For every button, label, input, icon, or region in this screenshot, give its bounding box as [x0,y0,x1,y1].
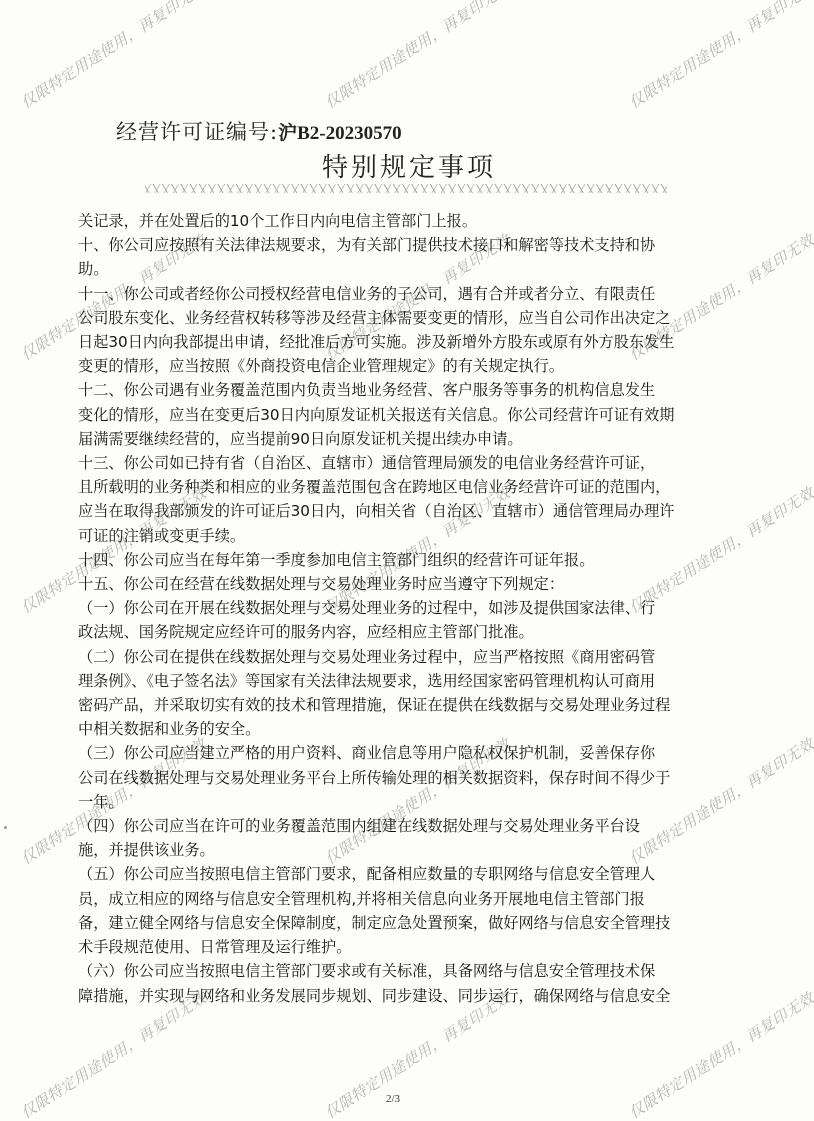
body-line: （六）你公司应当按照电信主管部门要求或有关标准，具备网络与信息安全管理技术保 [78,959,718,983]
body-line: 备，建立健全网络与信息安全保障制度，制定应急处置预案，做好网络与信息安全管理技 [78,911,718,935]
body-line: （二）你公司在提供在线数据处理与交易处理业务过程中，应当严格按照《商用密码管 [78,645,718,669]
page-number: 2/3 [386,1093,400,1105]
watermark-text: 仅限特定用途使用，再复印无效 [625,0,814,113]
body-line: 届满需要继续经营的，应当提前90日向原发证机关提出续办申请。 [78,427,718,451]
body-line: 应当在取得我部颁发的许可证后30日内，向相关省（自治区、直辖市）通信管理局办理许 [78,499,718,523]
decorative-divider [145,184,667,193]
document-page: 仅限特定用途使用，再复印无效仅限特定用途使用，再复印无效仅限特定用途使用，再复印… [0,0,814,1121]
license-number-line: 经营许可证编号:沪B2-20230570 [116,116,402,146]
body-line: （四）你公司应当在许可的业务覆盖范围内组建在线数据处理与交易处理业务平台设 [78,814,718,838]
body-line: 理条例》、《电子签名法》等国家有关法律法规要求，选用经国家密码管理机构认可商用 [78,669,718,693]
watermark-text: 仅限特定用途使用，再复印无效 [321,0,514,113]
body-line: 十一、你公司或者经你公司授权经营电信业务的子公司，遇有合并或者分立、有限责任 [78,282,718,306]
body-line: 政法规、国务院规定应经许可的服务内容，应经相应主管部门批准。 [78,620,718,644]
body-line: 公司在线数据处理与交易处理业务平台上所传输处理的相关数据资料，保存时间不得少于 [78,766,718,790]
body-line: 一年。 [78,790,718,814]
body-line: 助。 [78,257,718,281]
body-line: 密码产品，并采取切实有效的技术和管理措施，保证在提供在线数据与交易处理业务过程 [78,693,718,717]
body-line: 变更的情形，应当按照《外商投资电信企业管理规定》的有关规定执行。 [78,354,718,378]
body-line: 十、你公司应按照有关法律法规要求，为有关部门提供技术接口和解密等技术支持和协 [78,233,718,257]
body-line: 十二、你公司遇有业务覆盖范围内负责当地业务经营、客户服务等事务的机构信息发生 [78,378,718,402]
document-title: 特别规定事项 [322,147,496,184]
body-line: 公司股东变化、业务经营权转移等涉及经营主体需要变更的情形，应当自公司作出决定之 [78,306,718,330]
body-line: 障措施，并实现与网络和业务发展同步规划、同步建设、同步运行，确保网络与信息安全 [78,984,718,1008]
body-line: 十五、你公司在经营在线数据处理与交易处理业务时应当遵守下列规定： [78,572,718,596]
body-line: 施，并提供该业务。 [78,838,718,862]
license-label: 经营许可证编号: [116,120,278,144]
watermark-text: 仅限特定用途使用，再复印无效 [17,0,210,113]
body-line: 员，成立相应的网络与信息安全管理机构,并将相关信息向业务开展地电信主管部门报 [78,887,718,911]
body-line: （五）你公司应当按照电信主管部门要求，配备相应数量的专职网络与信息安全管理人 [78,862,718,886]
body-line: 术手段规范使用、日常管理及运行维护。 [78,935,718,959]
document-body: 关记录，并在处置后的10个工作日内向电信主管部门上报。 十、你公司应按照有关法律… [78,209,718,1008]
scan-speck [4,826,7,829]
license-number: 沪B2-20230570 [278,123,402,144]
body-line: 可证的注销或变更手续。 [78,524,718,548]
body-line: 十四、你公司应当在每年第一季度参加电信主管部门组织的经营许可证年报。 [78,548,718,572]
body-line: 十三、你公司如已持有省（自治区、直辖市）通信管理局颁发的电信业务经营许可证， [78,451,718,475]
body-line: （一）你公司在开展在线数据处理与交易处理业务的过程中，如涉及提供国家法律、行 [78,596,718,620]
body-line: 关记录，并在处置后的10个工作日内向电信主管部门上报。 [78,209,718,233]
body-line: 且所载明的业务种类和相应的业务覆盖范围包含在跨地区电信业务经营许可证的范围内， [78,475,718,499]
body-line: 变化的情形，应当在变更后30日内向原发证机关报送有关信息。你公司经营许可证有效期 [78,403,718,427]
body-line: 日起30日内向我部提出申请，经批准后方可实施。涉及新增外方股东或原有外方股东发生 [78,330,718,354]
body-line: （三）你公司应当建立严格的用户资料、商业信息等用户隐私权保护机制，妥善保存你 [78,741,718,765]
body-line: 中相关数据和业务的安全。 [78,717,718,741]
